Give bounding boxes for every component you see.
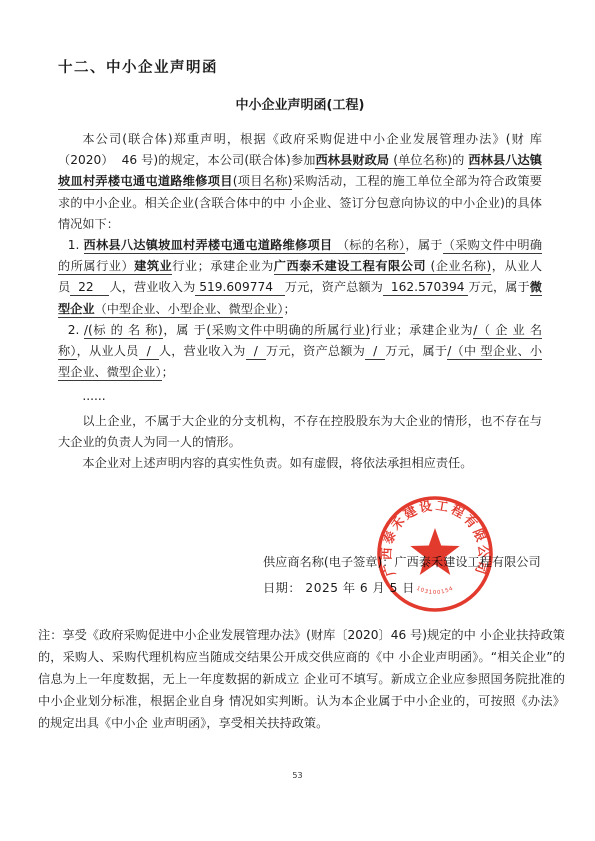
text-run: ，属 于 (163, 323, 207, 337)
text-run: ，从业人员 (77, 344, 139, 358)
text-run: （标的名称） (337, 238, 406, 254)
text-run: 行业；承建企业为 (370, 323, 473, 337)
text-run: / (139, 344, 159, 360)
text-run: 西林县八达镇坡皿村弄楼屯通屯道路维修项目 (84, 238, 337, 254)
closing-paragraph-2: 本企业对上述声明内容的真实性负责。如有虚假，将依法承担相应责任。 (58, 453, 542, 474)
document-body: 本公司(联合体)郑重声明，根据《政府采购促进中小企业发展管理办法》(财 库（20… (58, 129, 542, 474)
text-run: （中型企业、小型企业、微型企业） (95, 302, 284, 318)
text-run: 西林县财政局 (315, 153, 389, 169)
supplier-name-line: 供应商名称(电子签章)：广西泰禾建设工程有限公司 (263, 549, 541, 575)
text-run: 人，营业收入为 (159, 344, 246, 358)
text-run: 建筑业 (134, 259, 172, 275)
text-run: 万元，资产总额为 (266, 344, 365, 358)
text-run: 22 (70, 280, 109, 296)
text-run: ，属于 (405, 238, 442, 252)
closing-paragraph-1: 以上企业，不属于大企业的分支机构，不存在控股股东为大企业的情形，也不存在与大企业… (58, 411, 542, 453)
text-run: 的 (452, 153, 468, 167)
section-heading: 十二、中小企业声明函 (58, 56, 218, 77)
text-run: 162.570394 (383, 280, 469, 296)
document-page: 十二、中小企业声明函 中小企业声明函(工程) 本公司(联合体)郑重声明，根据《政… (0, 0, 595, 841)
text-run: 万元，属于 (468, 280, 529, 294)
supplier-name: 广西泰禾建设工程有限公司 (394, 555, 540, 569)
item-1-paragraph: 1. 西林县八达镇坡皿村弄楼屯通屯道路维修项目 （标的名称），属于（采购文件中明… (58, 235, 542, 320)
page-number: 53 (0, 771, 595, 780)
text-run: 行业；承建企业为 (172, 259, 274, 273)
footnote-paragraph: 注：享受《政府采购促进中小企业发展管理办法》(财库〔2020〕46 号)规定的中… (38, 624, 565, 734)
declaration-intro-paragraph: 本公司(联合体)郑重声明，根据《政府采购促进中小企业发展管理办法》(财 库（20… (58, 129, 542, 235)
supplier-label: 供应商名称(电子签章)： (263, 555, 394, 569)
text-run: 本企业对上述声明内容的真实性负责。如有虚假，将依法承担相应责任。 (82, 456, 472, 470)
text-run: / (246, 344, 266, 360)
date-line: 日期： 2025 年 6 月 5 日 (263, 575, 541, 601)
text-run: (单位名称) (389, 153, 452, 169)
text-run: (采购文件中明确的所属行业) (206, 323, 370, 339)
text-run: 2. (68, 323, 84, 337)
text-run: 万元，属于 (385, 344, 447, 358)
text-run: ； (162, 365, 174, 379)
ellipsis-line: ...... (58, 386, 542, 407)
text-run: 以上企业，不属于大企业的分支机构，不存在控股股东为大企业的情形，也不存在与大企业… (58, 414, 542, 449)
item-2-paragraph: 2. /(标 的 名 称)，属 于(采购文件中明确的所属行业)行业；承建企业为/… (58, 320, 542, 384)
text-run: /(标 的 名 称) (84, 323, 163, 339)
document-title: 中小企业声明函(工程) (58, 94, 542, 113)
text-run: 万元，资产总额为 (285, 280, 383, 294)
text-run: / (365, 344, 385, 360)
text-run: 519.609774 (195, 280, 284, 296)
text-run: 1. (68, 238, 84, 252)
signature-block: 供应商名称(电子签章)：广西泰禾建设工程有限公司 日期： 2025 年 6 月 … (263, 549, 541, 601)
text-run: ； (283, 302, 295, 316)
text-run: (项目名称) (233, 174, 293, 190)
text-run: ...... (82, 389, 105, 403)
text-run: (企业名称) (426, 259, 491, 275)
text-run: 人，营业收入为 (109, 280, 195, 294)
text-run: 广西泰禾建设工程有限公司 (274, 259, 426, 275)
